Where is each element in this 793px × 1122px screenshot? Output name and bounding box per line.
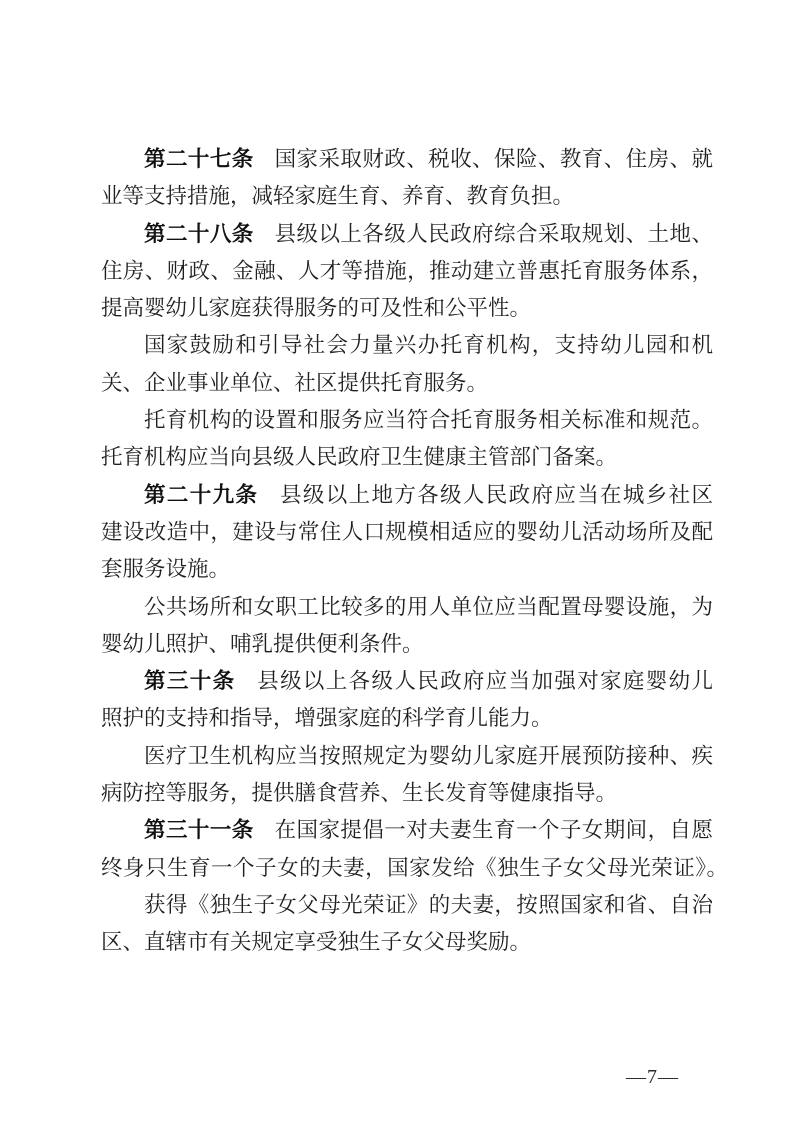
line-text: 业等支持措施，减轻家庭生育、养育、教育负担。: [101, 184, 574, 208]
text-line: 第三十条县级以上各级人民政府应当加强对家庭婴幼儿: [101, 663, 713, 700]
text-line: 关、企业事业单位、社区提供托育服务。: [101, 365, 713, 402]
line-text: 县级以上地方各级人民政府应当在城乡社区: [279, 483, 713, 507]
text-line: 业等支持措施，减轻家庭生育、养育、教育负担。: [101, 178, 713, 215]
text-line: 获得《独生子女父母光荣证》的夫妻，按照国家和省、自治: [101, 887, 713, 924]
text-line: 病防控等服务，提供膳食营养、生长发育等健康指导。: [101, 775, 713, 812]
line-text: 托育机构的设置和服务应当符合托育服务相关标准和规范。: [144, 408, 713, 432]
text-line: 提高婴幼儿家庭获得服务的可及性和公平性。: [101, 290, 713, 327]
text-line: 托育机构应当向县级人民政府卫生健康主管部门备案。: [101, 439, 713, 476]
text-line: 照护的支持和指导，增强家庭的科学育儿能力。: [101, 700, 713, 737]
line-text: 提高婴幼儿家庭获得服务的可及性和公平性。: [101, 296, 531, 320]
line-text: 区、直辖市有关规定享受独生子女父母奖励。: [101, 930, 531, 954]
document-page: 第二十七条国家采取财政、税收、保险、教育、住房、就业等支持措施，减轻家庭生育、养…: [0, 0, 793, 1122]
line-text: 病防控等服务，提供膳食营养、生长发育等健康指导。: [101, 781, 617, 805]
text-line: 区、直辖市有关规定享受独生子女父母奖励。: [101, 924, 713, 961]
line-text: 医疗卫生机构应当按照规定为婴幼儿家庭开展预防接种、疾: [144, 744, 713, 768]
line-text: 国家鼓励和引导社会力量兴办托育机构，支持幼儿园和机: [144, 333, 713, 357]
text-line: 托育机构的设置和服务应当符合托育服务相关标准和规范。: [101, 402, 713, 439]
line-text: 托育机构应当向县级人民政府卫生健康主管部门备案。: [101, 445, 617, 469]
line-text: 终身只生育一个子女的夫妻，国家发给《独生子女父母光荣证》。: [101, 856, 728, 880]
article-number: 第二十七条: [144, 147, 254, 171]
line-text: 县级以上各级人民政府综合采取规划、土地、: [274, 222, 713, 246]
page-number: —7—: [626, 1066, 679, 1089]
line-text: 公共场所和女职工比较多的用人单位应当配置母婴设施，为: [144, 595, 713, 619]
line-text: 住房、财政、金融、人才等措施，推动建立普惠托育服务体系，: [101, 259, 713, 283]
text-line: 第二十九条县级以上地方各级人民政府应当在城乡社区: [101, 477, 713, 514]
text-line: 住房、财政、金融、人才等措施，推动建立普惠托育服务体系，: [101, 253, 713, 290]
line-text: 县级以上各级人民政府应当加强对家庭婴幼儿: [256, 669, 713, 693]
text-line: 第二十七条国家采取财政、税收、保险、教育、住房、就: [101, 141, 713, 178]
text-line: 终身只生育一个子女的夫妻，国家发给《独生子女父母光荣证》。: [101, 850, 728, 887]
line-text: 照护的支持和指导，增强家庭的科学育儿能力。: [101, 706, 553, 730]
text-line: 国家鼓励和引导社会力量兴办托育机构，支持幼儿园和机: [101, 327, 713, 364]
line-text: 关、企业事业单位、社区提供托育服务。: [101, 371, 488, 395]
line-text: 获得《独生子女父母光荣证》的夫妻，按照国家和省、自治: [144, 893, 713, 917]
article-number: 第二十九条: [144, 483, 258, 507]
text-line: 第三十一条在国家提倡一对夫妻生育一个子女期间，自愿: [101, 812, 713, 849]
line-text: 国家采取财政、税收、保险、教育、住房、就: [274, 147, 713, 171]
line-text: 婴幼儿照护、哺乳提供便利条件。: [101, 632, 424, 656]
text-line: 公共场所和女职工比较多的用人单位应当配置母婴设施，为: [101, 589, 713, 626]
text-line: 套服务设施。: [101, 551, 713, 588]
text-line: 建设改造中，建设与常住人口规模相适应的婴幼儿活动场所及配: [101, 514, 713, 551]
line-text: 建设改造中，建设与常住人口规模相适应的婴幼儿活动场所及配: [101, 520, 713, 544]
line-text: 在国家提倡一对夫妻生育一个子女期间，自愿: [274, 818, 713, 842]
text-line: 医疗卫生机构应当按照规定为婴幼儿家庭开展预防接种、疾: [101, 738, 713, 775]
text-line: 第二十八条县级以上各级人民政府综合采取规划、土地、: [101, 216, 713, 253]
article-number: 第三十一条: [144, 818, 254, 842]
line-text: 套服务设施。: [101, 557, 230, 581]
text-block: 第二十七条国家采取财政、税收、保险、教育、住房、就业等支持措施，减轻家庭生育、养…: [101, 141, 713, 962]
text-line: 婴幼儿照护、哺乳提供便利条件。: [101, 626, 713, 663]
article-number: 第二十八条: [144, 222, 254, 246]
article-number: 第三十条: [144, 669, 235, 693]
